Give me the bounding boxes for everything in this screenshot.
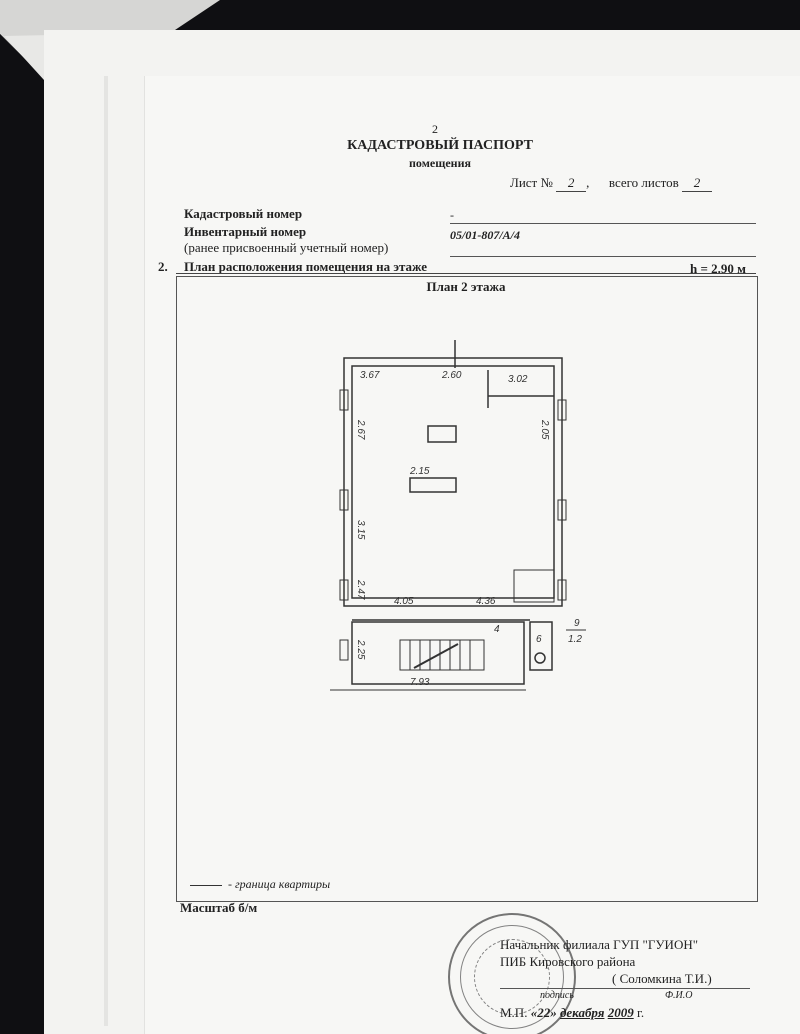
previous-number-value (450, 244, 756, 257)
date-day: «22» (531, 1005, 557, 1020)
dim-left-3: 2.47 (355, 579, 366, 600)
total-value: 2 (682, 175, 712, 192)
section-number: 2. (158, 259, 168, 275)
sheet-index: 2 (430, 122, 440, 137)
dim-bottom-1: 4.05 (394, 596, 414, 607)
bath-label: 6 (536, 634, 542, 645)
signatory-title: Начальник филиала ГУП "ГУИОН" (500, 937, 698, 953)
sheet-separator: , (586, 175, 589, 190)
plan-title: План 2 этажа (176, 279, 756, 295)
ceiling-height: h = 2.90 м (690, 261, 746, 277)
document-subtitle: помещения (300, 156, 580, 171)
scale-label: Масштаб б/м (180, 900, 257, 916)
dim-right-1: 2.05 (539, 419, 550, 440)
sheet-value: 2 (556, 175, 586, 192)
date-month: декабря (560, 1005, 605, 1020)
dim-left-1: 2.67 (355, 419, 366, 440)
legend-text: - граница квартиры (228, 877, 330, 891)
signature-date: М.П. «22» декабря 2009 г. (500, 1005, 644, 1021)
signature-line (500, 988, 750, 989)
inventory-value: 05/01-807/А/4 (450, 228, 520, 243)
boundary-line-icon (190, 885, 222, 886)
dim-top-right: 3.02 (508, 374, 528, 385)
inventory-label: Инвентарный номер (184, 224, 306, 240)
room-number: 9 (574, 618, 580, 629)
dim-left-2: 3.15 (355, 520, 366, 540)
signatory-department: ПИБ Кировского района (500, 954, 635, 970)
sheet-label: Лист № (510, 175, 553, 190)
date-year: 2009 (608, 1005, 634, 1020)
plan-legend: - граница квартиры (190, 877, 330, 892)
dim-center: 2.15 (409, 466, 430, 477)
document-title: КАДАСТРОВЫЙ ПАСПОРТ (300, 138, 580, 154)
dim-bottom-2: 4.36 (476, 596, 496, 607)
dim-top-left: 3.67 (360, 370, 380, 381)
signatory-name: ( Соломкина Т.И.) (612, 971, 712, 987)
section-divider (176, 273, 756, 274)
date-suffix: г. (637, 1005, 644, 1020)
previous-number-label: (ранее присвоенный учетный номер) (184, 240, 388, 256)
fio-caption: Ф.И.О (665, 990, 693, 1001)
cadastral-value: - (450, 208, 756, 224)
sheet-counter: Лист № 2, всего листов 2 (510, 175, 712, 192)
total-label: всего листов (609, 175, 679, 190)
stair-label: 4 (494, 624, 500, 635)
cadastral-label: Кадастровый номер (184, 206, 302, 222)
room-area: 1.2 (568, 634, 582, 645)
dim-left-4: 2.25 (355, 639, 366, 660)
mp-label: М.П. (500, 1005, 527, 1020)
dim-bottom-lower: 7.93 (410, 677, 430, 688)
floor-plan-drawing: 3.67 2.60 3.02 2.67 3.15 2.47 2.25 2.05 … (330, 340, 590, 700)
sign-caption: подпись (540, 990, 574, 1001)
dim-top-mid: 2.60 (441, 370, 462, 381)
